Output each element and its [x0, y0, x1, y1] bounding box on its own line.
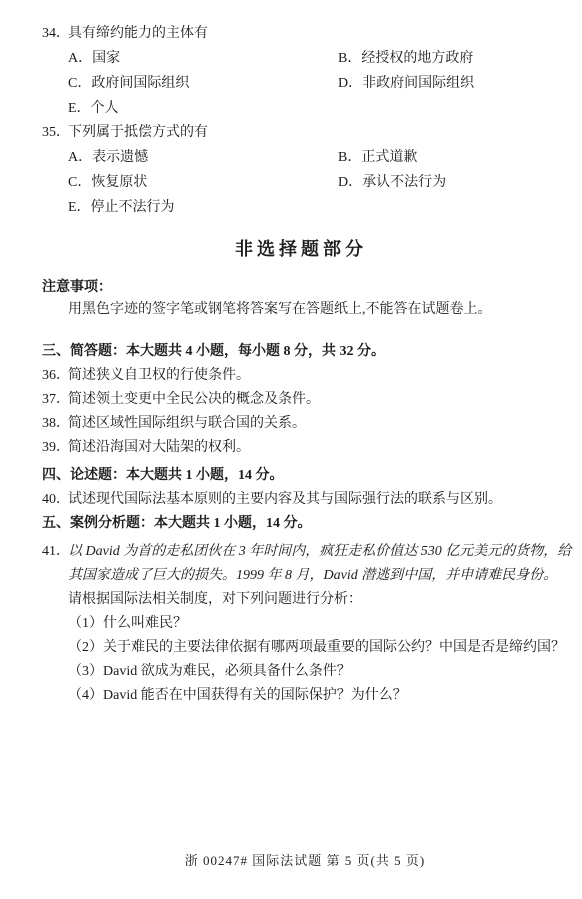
question-36: 36． 简述狭义自卫权的行使条件。 [42, 364, 560, 388]
option: D．承认不法行为 [338, 170, 446, 195]
options-list: A．表示遗憾 B．正式道歉 C．恢复原状 D．承认不法行为 E．停止不法行为 [68, 145, 560, 220]
question-stem: 具有缔约能力的主体有 [68, 22, 208, 46]
option: B．正式道歉 [338, 145, 417, 170]
essay-header: 四、论述题：本大题共 1 小题，14 分。 [42, 464, 560, 488]
page-footer: 浙 00247# 国际法试题 第 5 页(共 5 页) [0, 849, 582, 873]
question-41: 41． 以 David 为首的走私团伙在 3 年时间内，疯狂走私价值达 530 … [42, 540, 560, 708]
mcq-question-35: 35． 下列属于抵偿方式的有 A．表示遗憾 B．正式道歉 C．恢复原状 D．承认… [42, 121, 560, 220]
question-number: 39． [42, 436, 68, 460]
question-39: 39． 简述沿海国对大陆架的权利。 [42, 436, 560, 460]
question-40: 40． 试述现代国际法基本原则的主要内容及其与国际强行法的联系与区别。 [42, 488, 560, 512]
option: E．停止不法行为 [68, 195, 338, 220]
options-list: A．国家 B．经授权的地方政府 C．政府间国际组织 D．非政府间国际组织 E．个… [68, 46, 560, 121]
notice-label: 注意事项： [42, 274, 560, 298]
exam-page: 34． 具有缔约能力的主体有 A．国家 B．经授权的地方政府 C．政府间国际组织… [0, 0, 582, 899]
question-38: 38． 简述区域性国际组织与联合国的关系。 [42, 412, 560, 436]
option-row: A．国家 B．经授权的地方政府 [68, 46, 560, 71]
case-narrative-line: 其国家造成了巨大的损失。1999 年 8 月，David 潜逃到中国，并申请难民… [68, 564, 560, 588]
question-number: 41． [42, 540, 68, 564]
option-row: A．表示遗憾 B．正式道歉 [68, 145, 560, 170]
question-text: 简述狭义自卫权的行使条件。 [68, 364, 250, 388]
option: C．恢复原状 [68, 170, 338, 195]
option-row: E．停止不法行为 [68, 195, 560, 220]
question-number: 35． [42, 121, 68, 145]
option-row: E．个人 [68, 96, 560, 121]
case-narrative-line: 41． 以 David 为首的走私团伙在 3 年时间内，疯狂走私价值达 530 … [42, 540, 560, 564]
case-instruction: 请根据国际法相关制度，对下列问题进行分析： [68, 588, 560, 612]
notice-text: 用黑色字迹的签字笔或钢笔将答案写在答题纸上,不能答在试题卷上。 [42, 298, 560, 322]
option: E．个人 [68, 96, 338, 121]
option-row: C．恢复原状 D．承认不法行为 [68, 170, 560, 195]
question-number: 36． [42, 364, 68, 388]
question-text: 简述区域性国际组织与联合国的关系。 [68, 412, 306, 436]
option: A．国家 [68, 46, 338, 71]
option: C．政府间国际组织 [68, 71, 338, 96]
question-number: 38． [42, 412, 68, 436]
case-sub-question: （3）David 欲成为难民，必须具备什么条件？ [68, 660, 560, 684]
short-answer-header: 三、简答题：本大题共 4 小题，每小题 8 分，共 32 分。 [42, 340, 560, 364]
question-number: 40． [42, 488, 68, 512]
case-analysis-header: 五、案例分析题：本大题共 1 小题，14 分。 [42, 512, 560, 536]
option: A．表示遗憾 [68, 145, 338, 170]
case-sub-question: （2）关于难民的主要法律依据有哪两项最重要的国际公约？中国是否是缔约国？ [68, 636, 560, 660]
option: B．经授权的地方政府 [338, 46, 473, 71]
question-text: 简述沿海国对大陆架的权利。 [68, 436, 250, 460]
question-37: 37． 简述领土变更中全民公决的概念及条件。 [42, 388, 560, 412]
question-text: 试述现代国际法基本原则的主要内容及其与国际强行法的联系与区别。 [68, 488, 502, 512]
question-stem: 下列属于抵偿方式的有 [68, 121, 208, 145]
section-heading: 非选择题部分 [42, 234, 560, 264]
question-number: 34． [42, 22, 68, 46]
question-stem-line: 35． 下列属于抵偿方式的有 [42, 121, 560, 145]
case-narrative-text: 以 David 为首的走私团伙在 3 年时间内，疯狂走私价值达 530 亿元美元… [68, 540, 571, 564]
case-sub-question: （1）什么叫难民？ [68, 612, 560, 636]
option: D．非政府间国际组织 [338, 71, 474, 96]
question-stem-line: 34． 具有缔约能力的主体有 [42, 22, 560, 46]
question-number: 37． [42, 388, 68, 412]
option-row: C．政府间国际组织 D．非政府间国际组织 [68, 71, 560, 96]
mcq-question-34: 34． 具有缔约能力的主体有 A．国家 B．经授权的地方政府 C．政府间国际组织… [42, 22, 560, 121]
question-text: 简述领土变更中全民公决的概念及条件。 [68, 388, 320, 412]
case-sub-question: （4）David 能否在中国获得有关的国际保护？为什么？ [68, 684, 560, 708]
